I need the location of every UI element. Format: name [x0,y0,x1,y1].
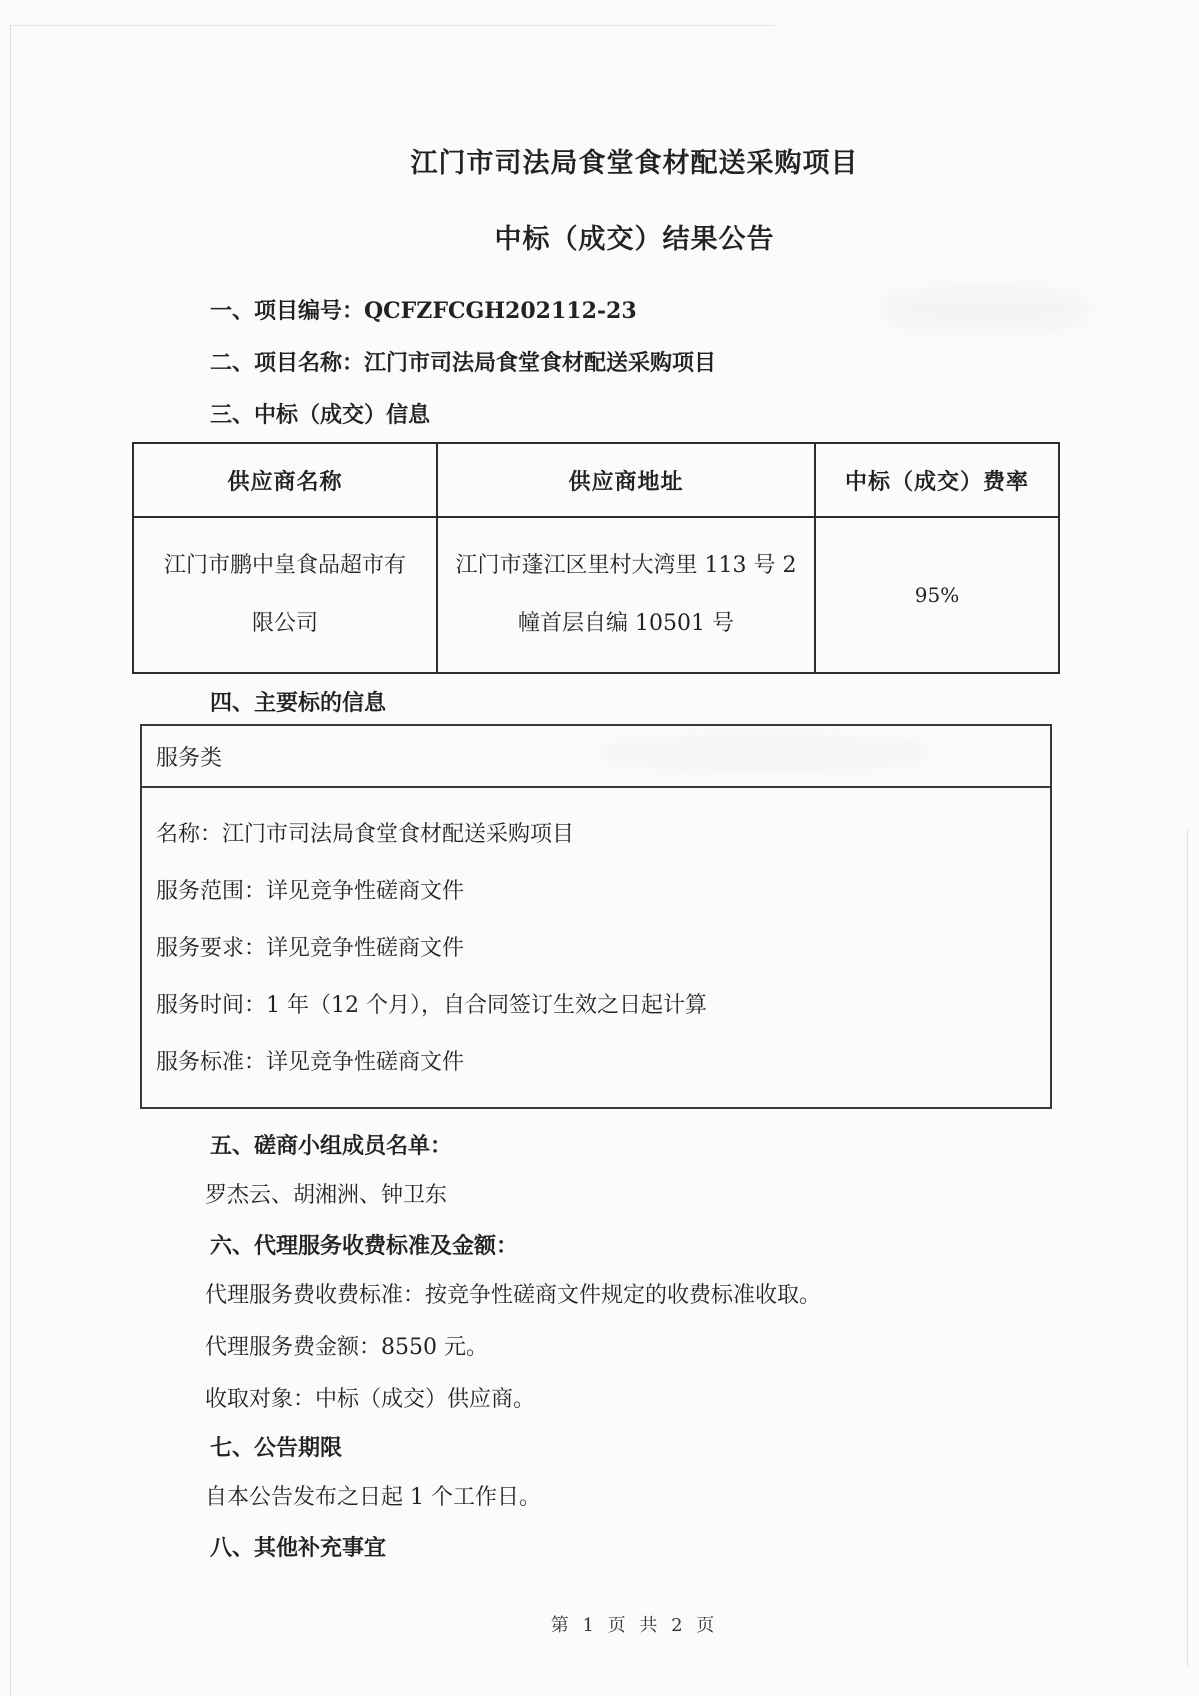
section-award-info-heading: 三、中标（成交）信息 [132,400,1137,430]
award-table-data-row: 江门市鹏中皇食品超市有 限公司 江门市蓬江区里村大湾里 113 号 2 幢首层自… [133,517,1059,673]
agency-fee-payer: 收取对象：中标（成交）供应商。 [132,1385,1137,1415]
subject-category-row: 服务类 [141,725,1051,787]
scan-edge-right-line [1187,830,1188,1666]
cell-subject-details: 名称：江门市司法局食堂食材配送采购项目 服务范围：详见竞争性磋商文件 服务要求：… [141,787,1051,1108]
section-project-name: 二、项目名称：江门市司法局食堂食材配送采购项目 [132,348,1137,378]
header-award-rate: 中标（成交）费率 [815,443,1059,517]
subject-name-line: 名称：江门市司法局食堂食材配送采购项目 [156,806,1036,863]
cell-award-rate: 95% [815,517,1059,673]
subject-info-table: 服务类 名称：江门市司法局食堂食材配送采购项目 服务范围：详见竞争性磋商文件 服… [140,724,1052,1109]
supplier-name-line2: 限公司 [135,595,435,653]
header-supplier-address: 供应商地址 [437,443,815,517]
subject-detail-row: 名称：江门市司法局食堂食材配送采购项目 服务范围：详见竞争性磋商文件 服务要求：… [141,787,1051,1108]
agency-fee-standard: 代理服务费收费标准：按竞争性磋商文件规定的收费标准收取。 [132,1281,1137,1311]
cell-supplier-address: 江门市蓬江区里村大湾里 113 号 2 幢首层自编 10501 号 [437,517,815,673]
supplier-name-line1: 江门市鹏中皇食品超市有 [135,537,435,595]
document-subtitle: 中标（成交）结果公告 [132,222,1137,258]
service-duration-line: 服务时间：1 年（12 个月），自合同签订生效之日起计算 [156,977,1036,1034]
cell-supplier-name: 江门市鹏中皇食品超市有 限公司 [133,517,437,673]
scan-edge-left-line [10,26,11,1696]
scanned-document-page: 江门市司法局食堂食材配送采购项目 中标（成交）结果公告 一、项目编号：QCFZF… [0,0,1199,1696]
section-announcement-period-heading: 七、公告期限 [132,1433,1137,1463]
header-supplier-name: 供应商名称 [133,443,437,517]
award-result-table: 供应商名称 供应商地址 中标（成交）费率 江门市鹏中皇食品超市有 限公司 江门市… [132,442,1060,674]
agency-fee-amount: 代理服务费金额：8550 元。 [132,1333,1137,1363]
supplier-address-line1: 江门市蓬江区里村大湾里 113 号 2 [439,537,813,595]
announcement-period-text: 自本公告发布之日起 1 个工作日。 [132,1483,1137,1513]
supplier-address-line2: 幢首层自编 10501 号 [439,595,813,653]
award-table-header-row: 供应商名称 供应商地址 中标（成交）费率 [133,443,1059,517]
panel-members-names: 罗杰云、胡湘洲、钟卫东 [132,1181,1137,1211]
section-panel-members-heading: 五、磋商小组成员名单： [132,1131,1137,1161]
section-other-matters-heading: 八、其他补充事宜 [132,1533,1137,1563]
section-project-number: 一、项目编号：QCFZFCGH202112-23 [132,296,1137,326]
cell-subject-category: 服务类 [141,725,1051,787]
page-number-footer: 第 1 页 共 2 页 [132,1611,1137,1637]
service-scope-line: 服务范围：详见竞争性磋商文件 [156,863,1036,920]
section-agency-fee-heading: 六、代理服务收费标准及金额： [132,1231,1137,1261]
service-requirement-line: 服务要求：详见竞争性磋商文件 [156,920,1036,977]
document-body: 江门市司法局食堂食材配送采购项目 中标（成交）结果公告 一、项目编号：QCFZF… [132,0,1137,1655]
document-title: 江门市司法局食堂食材配送采购项目 [132,146,1137,182]
service-standard-line: 服务标准：详见竞争性磋商文件 [156,1034,1036,1091]
section-subject-info-heading: 四、主要标的信息 [132,688,1137,718]
